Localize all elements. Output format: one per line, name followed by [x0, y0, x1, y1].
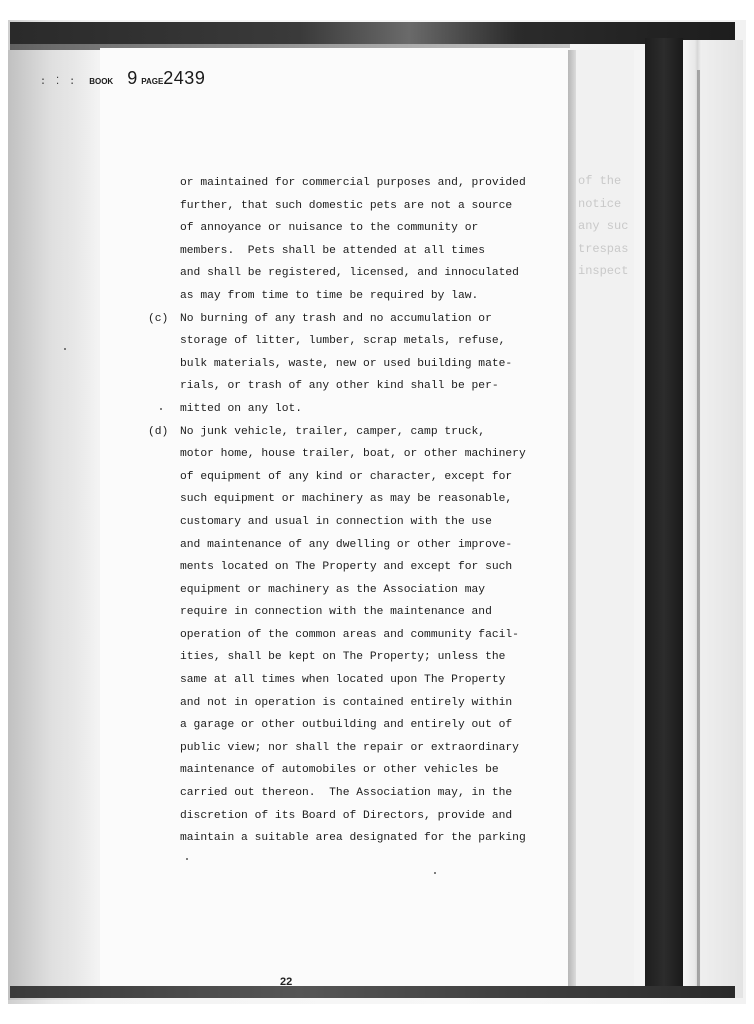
text-line: a garage or other outbuilding and entire…: [180, 714, 548, 737]
scan-bottom-border: [10, 986, 735, 998]
text-line: public view; nor shall the repair or ext…: [180, 737, 548, 760]
text-line: and maintenance of any dwelling or other…: [180, 534, 548, 557]
text-line: of equipment of any kind or character, e…: [180, 466, 548, 489]
text-line: and shall be registered, licensed, and i…: [180, 262, 548, 285]
scan-speck: [434, 872, 436, 874]
item-label: (c): [148, 308, 168, 331]
text-line: motor home, house trailer, boat, or othe…: [180, 443, 548, 466]
text-line: mitted on any lot.: [180, 398, 548, 421]
scan-right-edge-line: [697, 70, 700, 990]
text-line: equipment or machinery as the Associatio…: [180, 579, 548, 602]
scan-speck: [64, 348, 66, 350]
text-line: ments located on The Property and except…: [180, 556, 548, 579]
bleed-through-text: of the notice any suc trespas inspect: [578, 170, 638, 283]
text-line: customary and usual in connection with t…: [180, 511, 548, 534]
item-text: No burning of any trash and no accumulat…: [148, 308, 548, 421]
text-line: same at all times when located upon The …: [180, 669, 548, 692]
text-line: or maintained for commercial purposes an…: [180, 172, 548, 195]
intro-paragraph: or maintained for commercial purposes an…: [148, 172, 548, 308]
item-label: (d): [148, 421, 168, 444]
text-line: as may from time to time be required by …: [180, 285, 548, 308]
footer-page-number: 22: [280, 976, 292, 988]
page-label: PAGE: [141, 77, 163, 86]
scan-specks: : ⁚ :: [40, 76, 77, 88]
text-line: carried out thereon. The Association may…: [180, 782, 548, 805]
text-line: storage of litter, lumber, scrap metals,…: [180, 330, 548, 353]
text-line: such equipment or machinery as may be re…: [180, 488, 548, 511]
text-line: No burning of any trash and no accumulat…: [180, 308, 548, 331]
text-line: discretion of its Board of Directors, pr…: [180, 805, 548, 828]
recording-page-number: 2439: [163, 68, 205, 89]
text-line: further, that such domestic pets are not…: [180, 195, 548, 218]
page-edge: [568, 50, 576, 990]
text-line: ities, shall be kept on The Property; un…: [180, 646, 548, 669]
recording-header: : ⁚ : BOOK 9 PAGE 2439: [40, 68, 205, 89]
text-line: maintain a suitable area designated for …: [180, 827, 548, 850]
list-item: (c)No burning of any trash and no accumu…: [148, 308, 548, 421]
text-line: require in connection with the maintenan…: [180, 601, 548, 624]
text-line: No junk vehicle, trailer, camper, camp t…: [180, 421, 548, 444]
list-item: (d)No junk vehicle, trailer, camper, cam…: [148, 421, 548, 850]
scan-speck: [186, 858, 188, 860]
text-line: bulk materials, waste, new or used build…: [180, 353, 548, 376]
restriction-list: (c)No burning of any trash and no accumu…: [148, 308, 548, 850]
scan-left-shadow: [8, 50, 98, 1000]
scan-top-border: [10, 22, 735, 44]
text-line: rials, or trash of any other kind shall …: [180, 375, 548, 398]
text-line: members. Pets shall be attended at all t…: [180, 240, 548, 263]
scan-binding-strip: [645, 38, 683, 998]
item-text: No junk vehicle, trailer, camper, camp t…: [148, 421, 548, 850]
scan-speck: [160, 408, 162, 410]
scan-right-edge: [683, 40, 743, 998]
book-number: 9: [127, 68, 137, 89]
text-line: maintenance of automobiles or other vehi…: [180, 759, 548, 782]
book-label: BOOK: [89, 77, 113, 86]
text-line: operation of the common areas and commun…: [180, 624, 548, 647]
document-body: or maintained for commercial purposes an…: [148, 172, 548, 850]
text-line: of annoyance or nuisance to the communit…: [180, 217, 548, 240]
text-line: and not in operation is contained entire…: [180, 692, 548, 715]
